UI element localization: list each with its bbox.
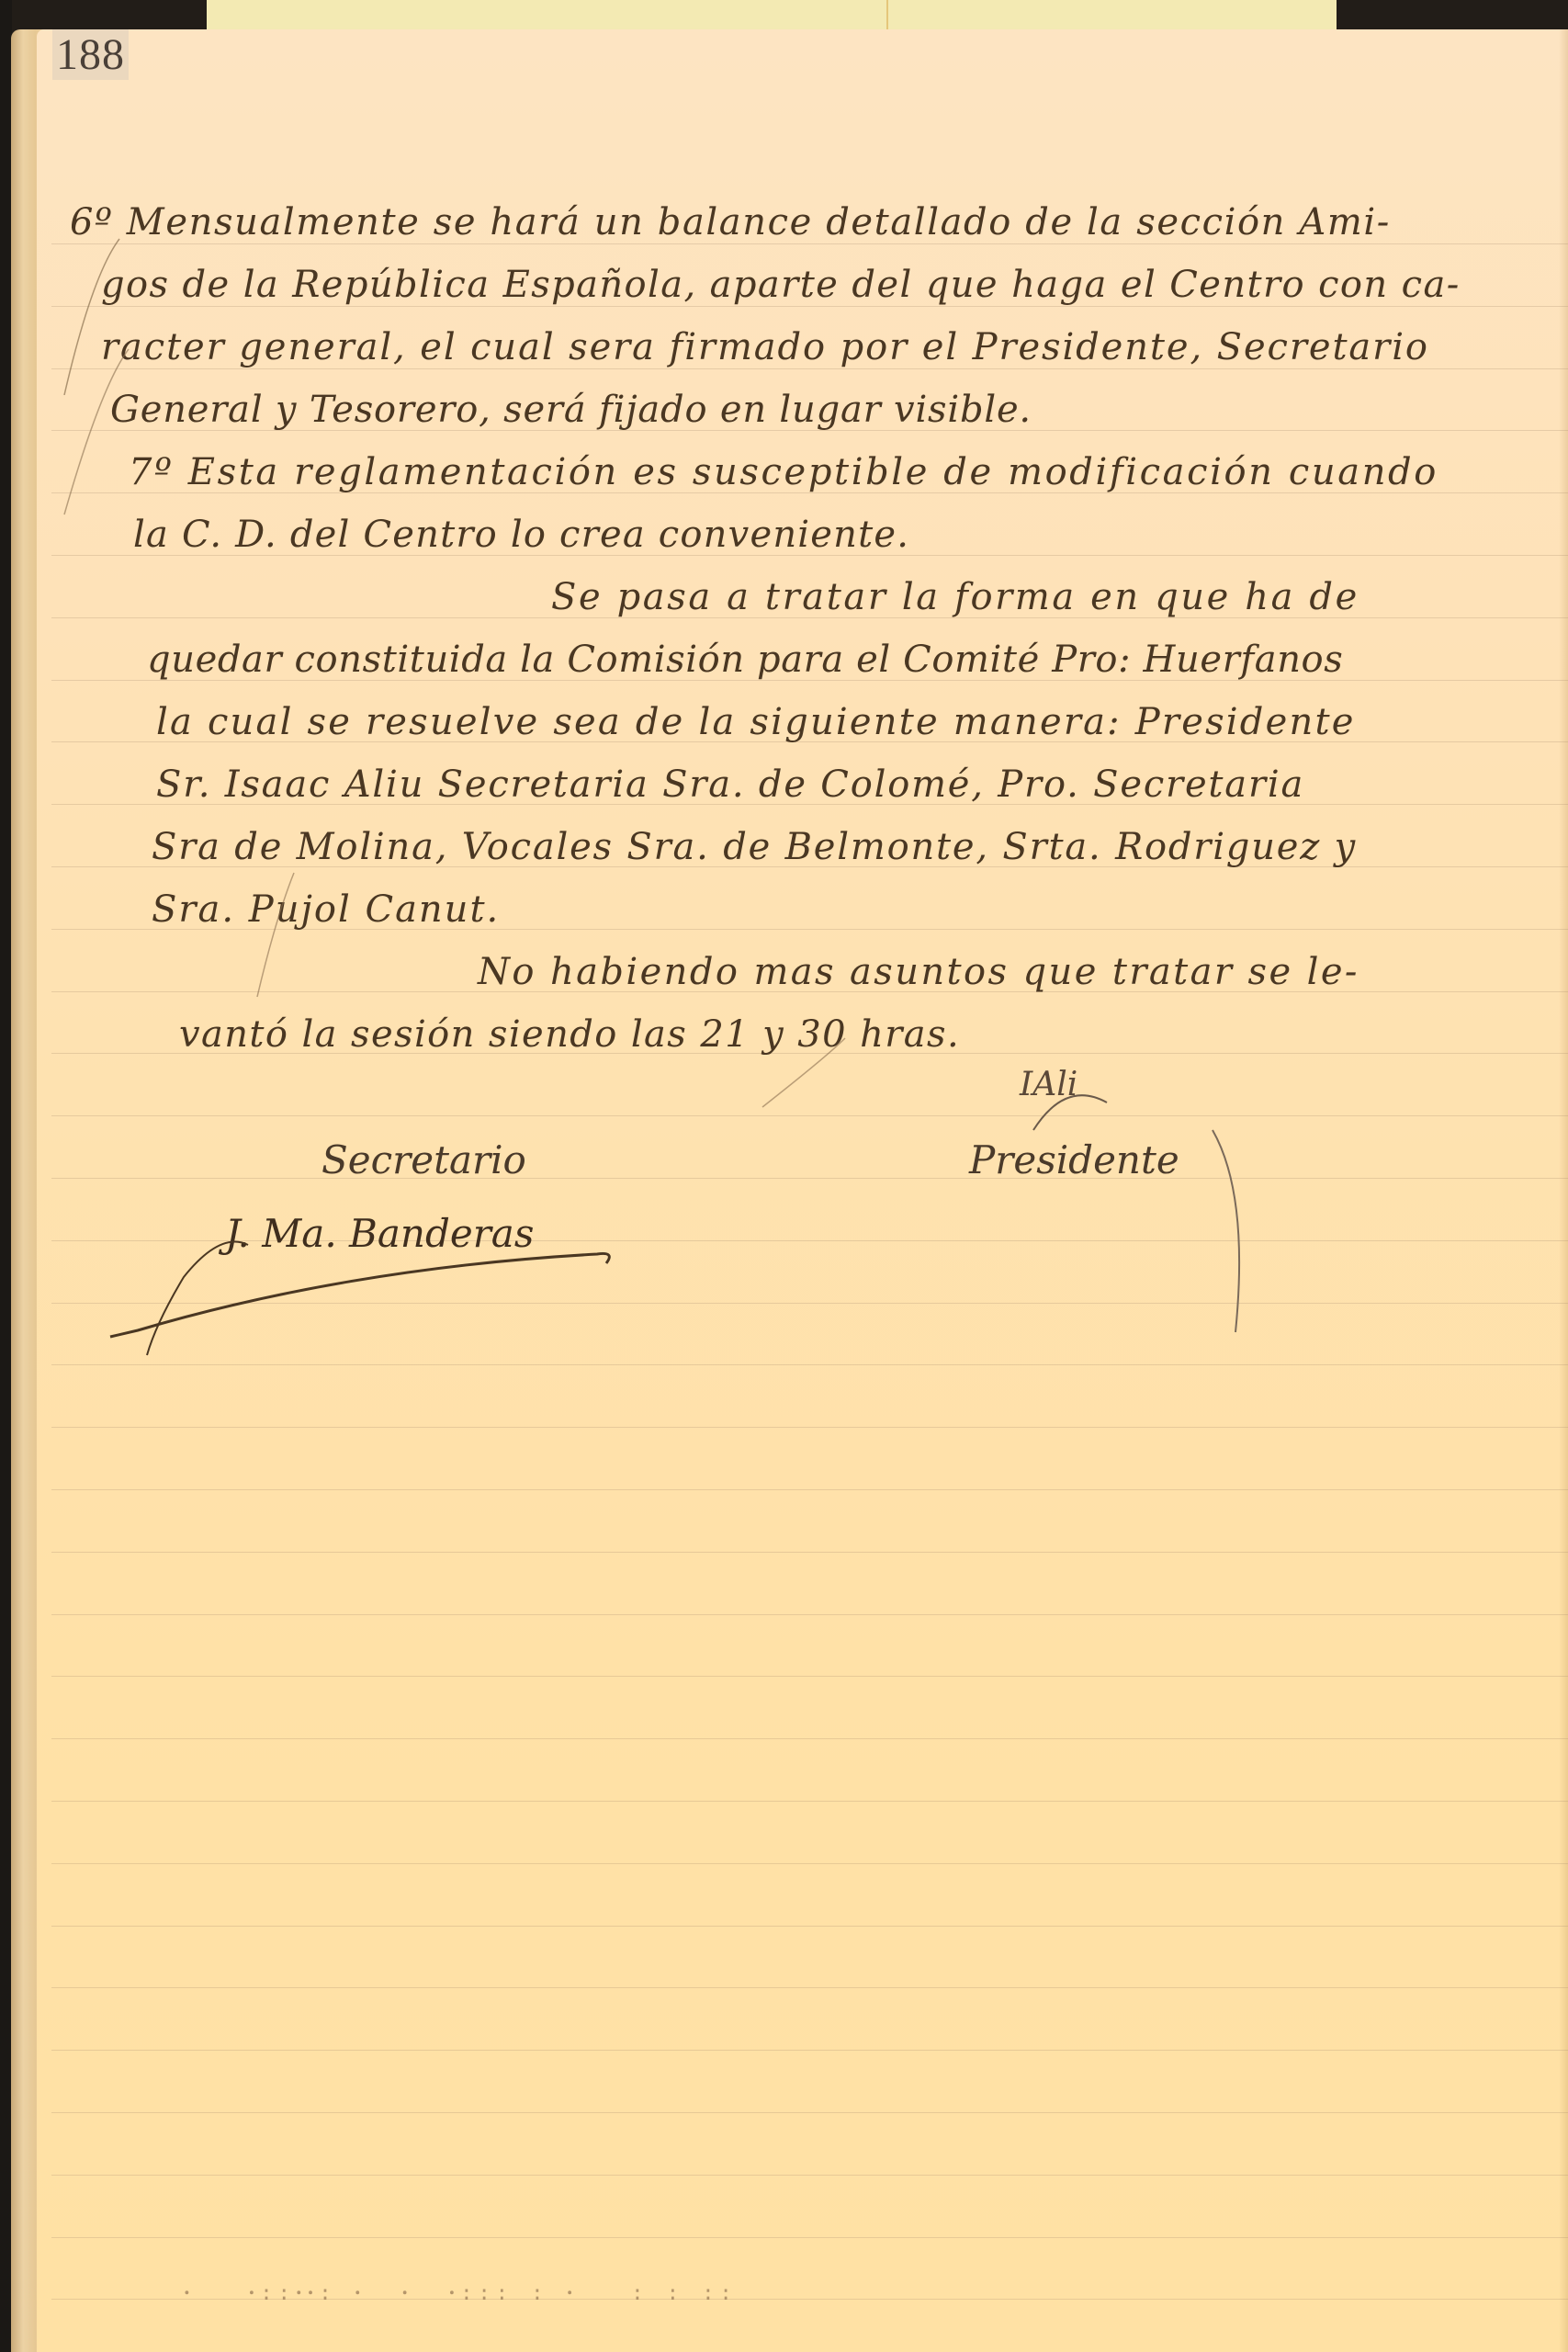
ruled-line: [51, 306, 1568, 307]
president-initials: IAli: [1020, 1066, 1077, 1103]
text-line: 7º Esta reglamentación es susceptible de…: [129, 454, 1438, 491]
ruled-line: [51, 243, 1568, 244]
ruled-line: [51, 1427, 1568, 1428]
ledger-page: [37, 29, 1568, 2352]
ruled-line: [51, 1489, 1568, 1490]
text-line: General y Tesorero, será fijado en lugar…: [110, 391, 1032, 428]
ruled-line: [51, 2237, 1568, 2238]
ruled-line: [51, 1552, 1568, 1553]
text-line: No habiendo mas asuntos que tratar se le…: [478, 954, 1359, 990]
text-line: vantó la sesión siendo las 21 y 30 hras.: [179, 1016, 960, 1053]
ruled-line: [51, 1178, 1568, 1179]
page-number: 188: [52, 29, 129, 80]
text-line: Sr. Isaac Aliu Secretaria Sra. de Colomé…: [156, 766, 1304, 803]
text-line: gos de la República Española, aparte del…: [101, 266, 1461, 303]
ruled-line: [51, 1863, 1568, 1864]
ruled-line: [51, 1926, 1568, 1927]
page-curl-shadow: [1559, 29, 1568, 2352]
text-line: Se pasa a tratar la forma en que ha de: [551, 579, 1359, 616]
ruled-line: [51, 2112, 1568, 2113]
text-line: racter general, el cual sera firmado por…: [101, 329, 1429, 366]
ruled-line: [51, 1303, 1568, 1304]
ruled-line: [51, 1676, 1568, 1677]
text-line: la cual se resuelve sea de la siguiente …: [156, 704, 1356, 741]
president-label: Presidente: [969, 1137, 1179, 1182]
ruled-line: [51, 2175, 1568, 2176]
ruled-line: [51, 1801, 1568, 1802]
bleed-through-smudges: ꞏ ꞏ꞉꞉ꞏꞏ꞉ ꞏ ꞏ ꞏ꞉꞉꞉ ꞉ ꞏ ꞉ ꞉ ꞉꞉: [184, 2278, 738, 2306]
ruled-line: [51, 1738, 1568, 1739]
ruled-line: [51, 1987, 1568, 1988]
text-line: 6º Mensualmente se hará un balance detal…: [70, 204, 1391, 241]
ruled-line: [51, 2050, 1568, 2051]
text-line: la C. D. del Centro lo crea conveniente.: [133, 516, 909, 553]
text-line: Sra. Pujol Canut.: [152, 891, 500, 928]
secretary-signature: J. Ma. Banderas: [225, 1211, 534, 1256]
text-line: Sra de Molina, Vocales Sra. de Belmonte,…: [152, 829, 1357, 865]
underlying-yellow-sheet: [207, 0, 1337, 33]
secretary-label: Secretario: [321, 1137, 526, 1182]
ruled-line: [51, 1614, 1568, 1615]
ruled-line: [51, 1364, 1568, 1365]
ruled-line: [51, 368, 1568, 369]
text-line: quedar constituida la Comisión para el C…: [147, 641, 1343, 678]
ruled-line: [51, 1115, 1568, 1116]
